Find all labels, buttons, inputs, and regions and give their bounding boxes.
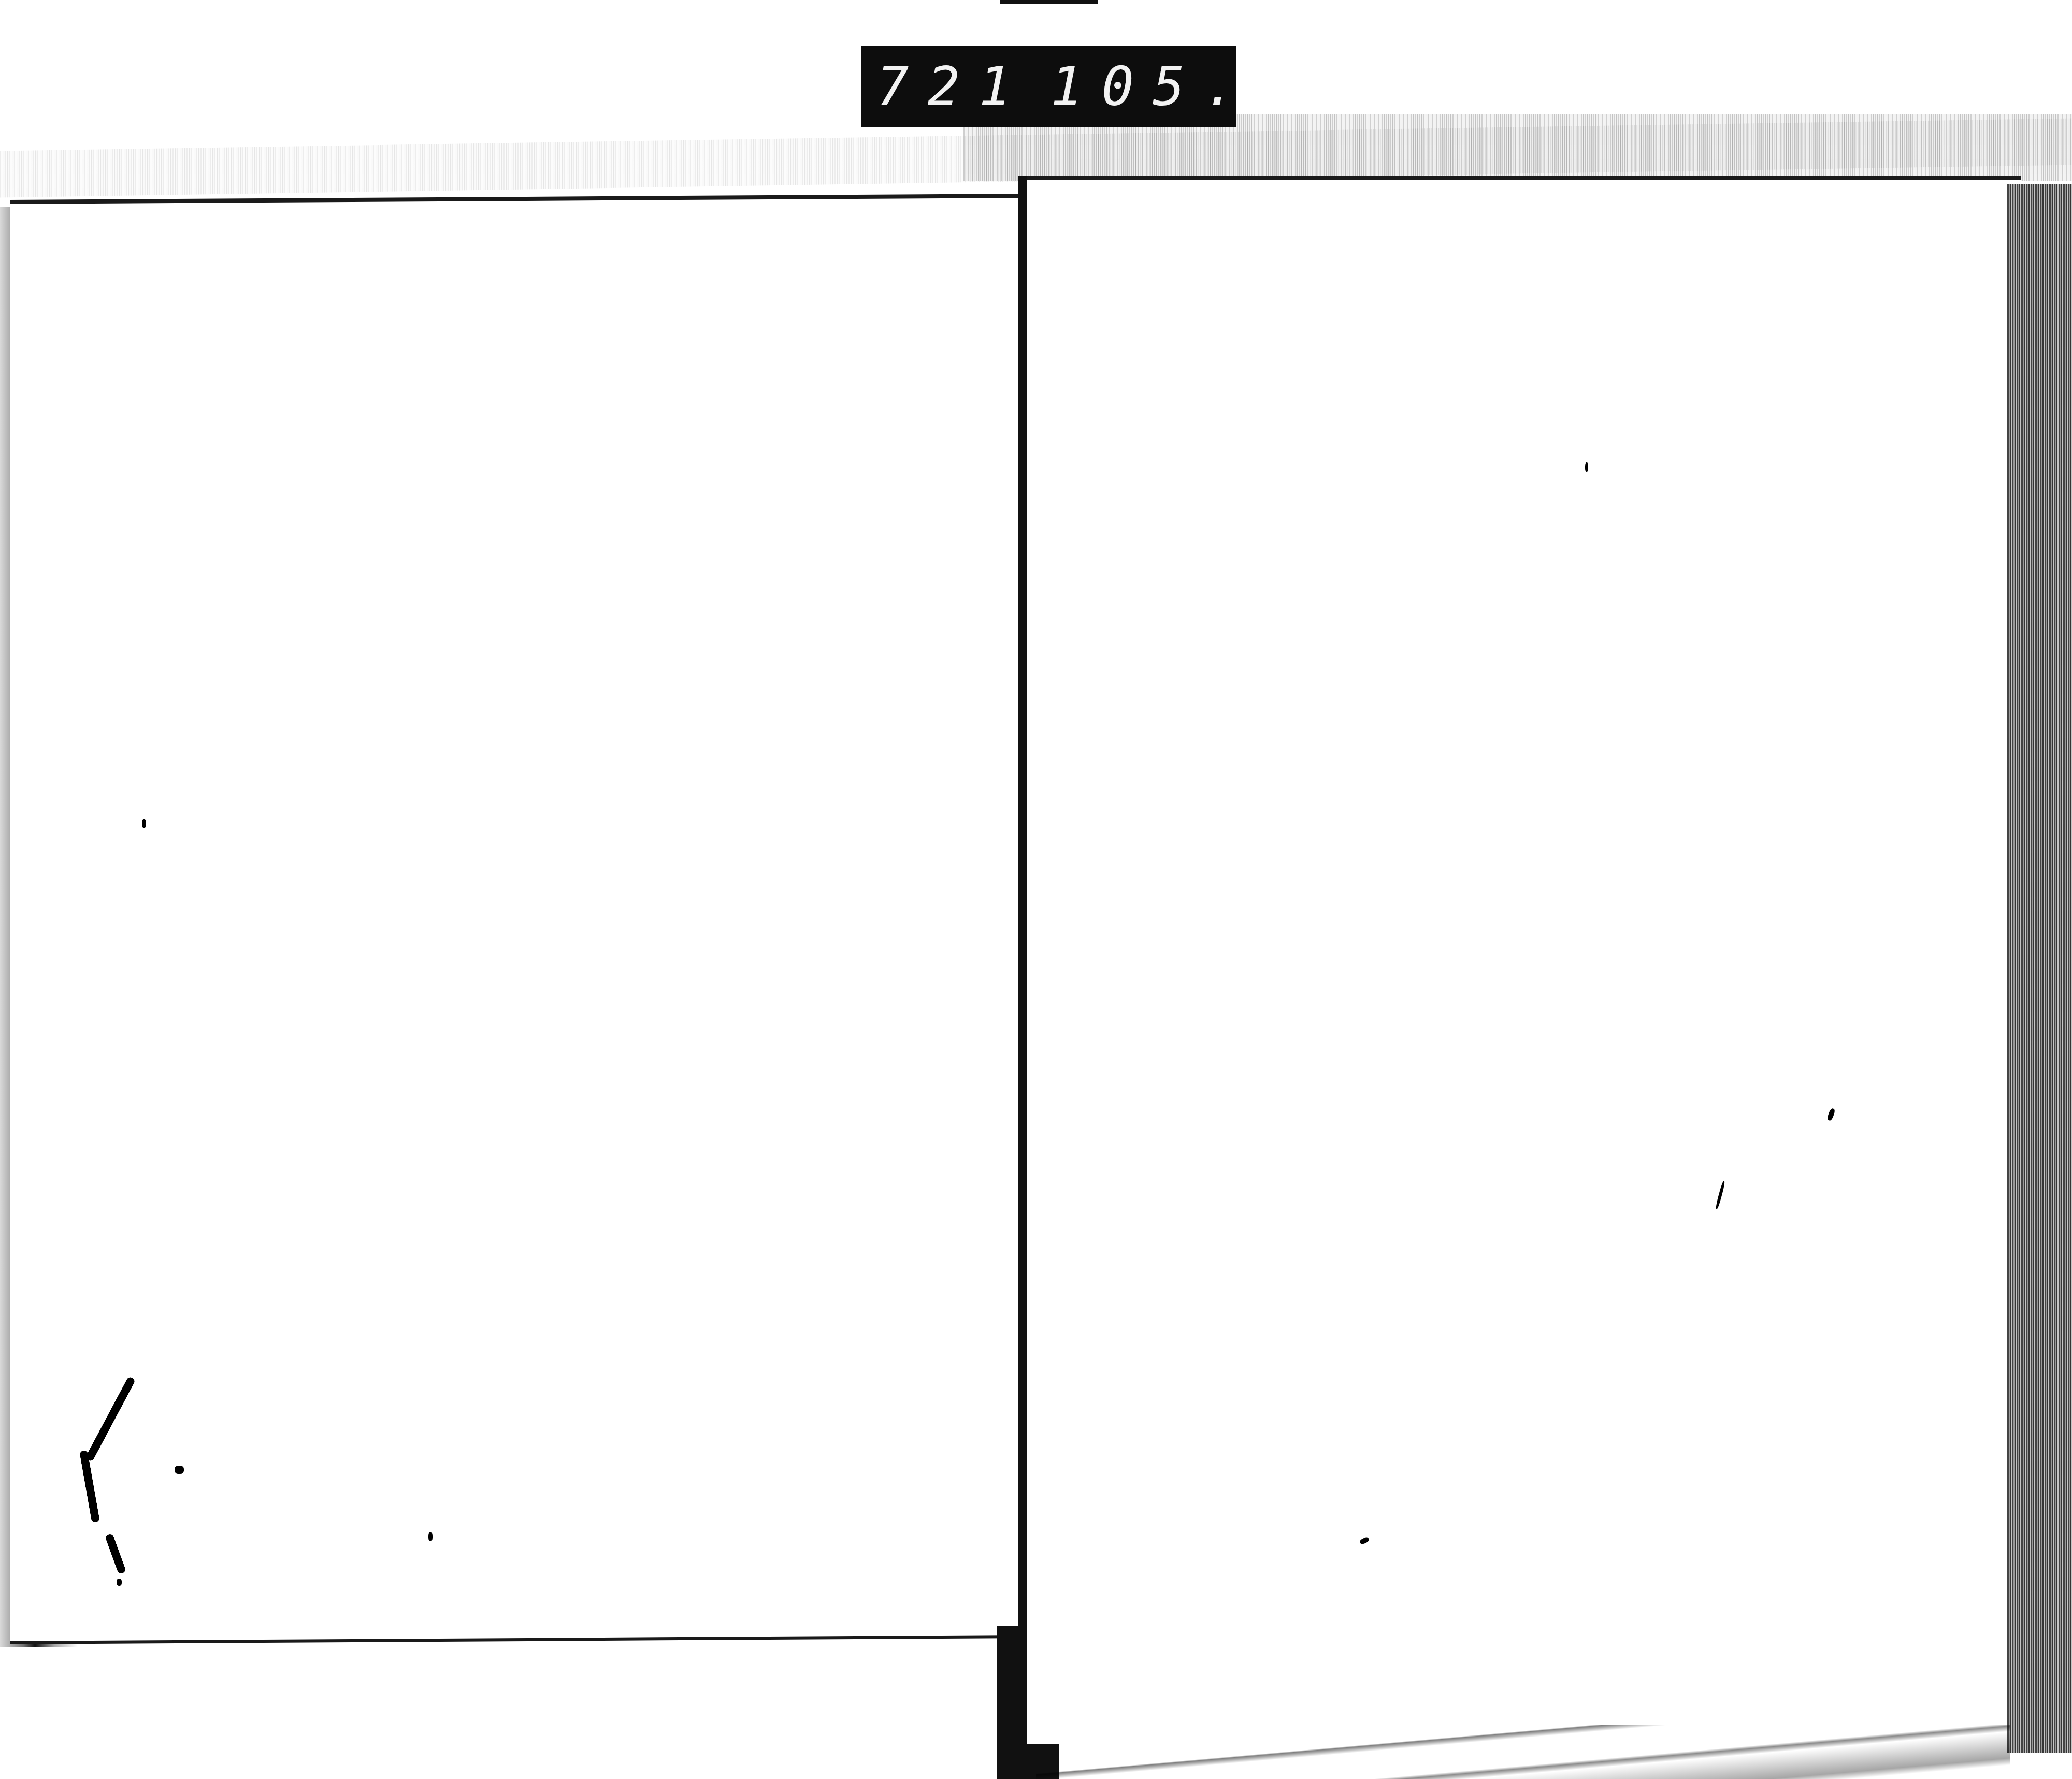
right-page	[1027, 176, 2021, 1744]
left-page-content	[10, 198, 1026, 204]
book-spine	[1018, 176, 1027, 1631]
frame-number-label: 721 105.	[861, 46, 1236, 127]
film-edge-strip	[1000, 0, 1098, 4]
ink-dot	[117, 1579, 122, 1586]
left-page	[10, 194, 1026, 1644]
ink-dot	[142, 819, 146, 828]
ink-dot	[428, 1532, 433, 1541]
frame-label-left: 721	[876, 55, 1030, 118]
frame-label-right: 105.	[1051, 55, 1255, 118]
bottom-page-stack-edge	[1036, 1725, 2010, 1779]
ink-dot	[1585, 462, 1588, 472]
right-page-stack-edge	[2007, 184, 2072, 1753]
ink-dot	[175, 1466, 184, 1474]
